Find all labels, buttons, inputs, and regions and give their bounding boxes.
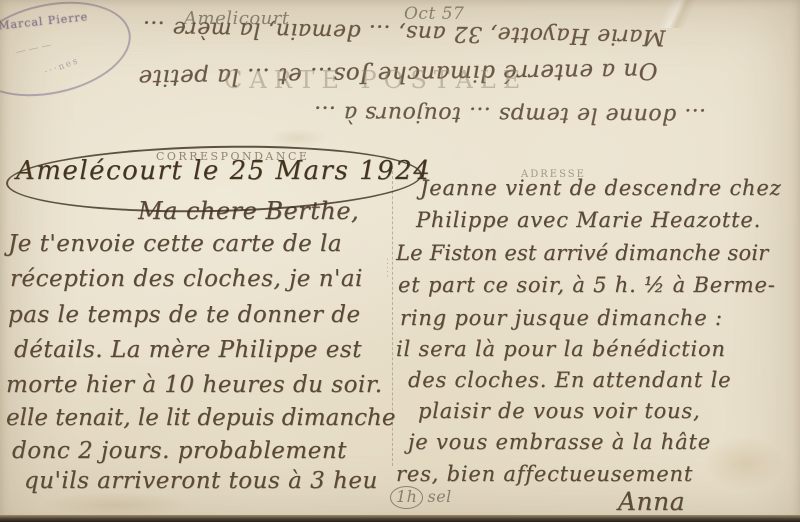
- pencil-code-note: 1hsel: [390, 486, 452, 509]
- handwritten-line: détails. La mère Philippe est: [14, 337, 362, 363]
- paper-stain: [705, 436, 785, 491]
- handwritten-line: morte hier à 10 heures du soir.: [6, 372, 383, 398]
- divider-tiny-marks: ·····: [383, 258, 391, 279]
- postmark-mid-text: ———: [15, 39, 55, 58]
- handwritten-line: ring pour jusque dimanche :: [400, 306, 723, 330]
- carte-postale-title: CARTE POSTALE: [224, 66, 527, 94]
- pencil-code-circled: 1h: [390, 486, 423, 509]
- signature: Anna: [618, 487, 685, 516]
- postmark-arc-text: Marcal Pierre: [0, 10, 89, 32]
- handwritten-line: res, bien affectueusement: [396, 462, 693, 486]
- postmark-stamp: Marcal Pierre ——— ···nes: [0, 0, 140, 110]
- postcard-scan: { "postcard": { "printed": { "title": "C…: [0, 0, 800, 522]
- handwritten-line: et part ce soir, à 5 h. ½ à Berme-: [398, 273, 776, 297]
- handwritten-line: il sera là pour la bénédiction: [396, 337, 726, 361]
- handwritten-line: Philippe avec Marie Heazotte.: [416, 208, 761, 232]
- handwritten-line: donc 2 jours. probablement: [12, 438, 347, 464]
- handwritten-line: Jeanne vient de descendre chez: [420, 176, 781, 200]
- paper-stain: [268, 128, 328, 148]
- handwritten-line: Je t'envoie cette carte de la: [8, 231, 342, 257]
- postmark-bottom-text: ···nes: [43, 56, 81, 78]
- handwritten-line: qu'ils arriveront tous à 3 heu: [24, 468, 378, 494]
- inverted-line-3: … donne le temps … toujours à …: [250, 100, 770, 129]
- handwritten-line: elle tenait, le lit depuis dimanche: [6, 405, 395, 431]
- handwritten-line: réception des cloches, je n'ai: [10, 266, 363, 292]
- card-bottom-edge: [0, 515, 800, 522]
- handwritten-line: je vous embrasse à la hâte: [408, 430, 711, 454]
- handwritten-line: plaisir de vous voir tous,: [418, 399, 700, 423]
- pencil-code-suffix: sel: [427, 487, 451, 506]
- handwritten-line: Le Fiston est arrivé dimanche soir: [396, 241, 768, 265]
- handwritten-line: pas le temps de te donner de: [8, 302, 361, 328]
- inverted-line-cutoff: … … … … … …: [150, 0, 790, 8]
- handwritten-line: des cloches. En attendant le: [408, 368, 731, 392]
- dateline-text: Amelécourt le 25 Mars 1924: [16, 156, 431, 186]
